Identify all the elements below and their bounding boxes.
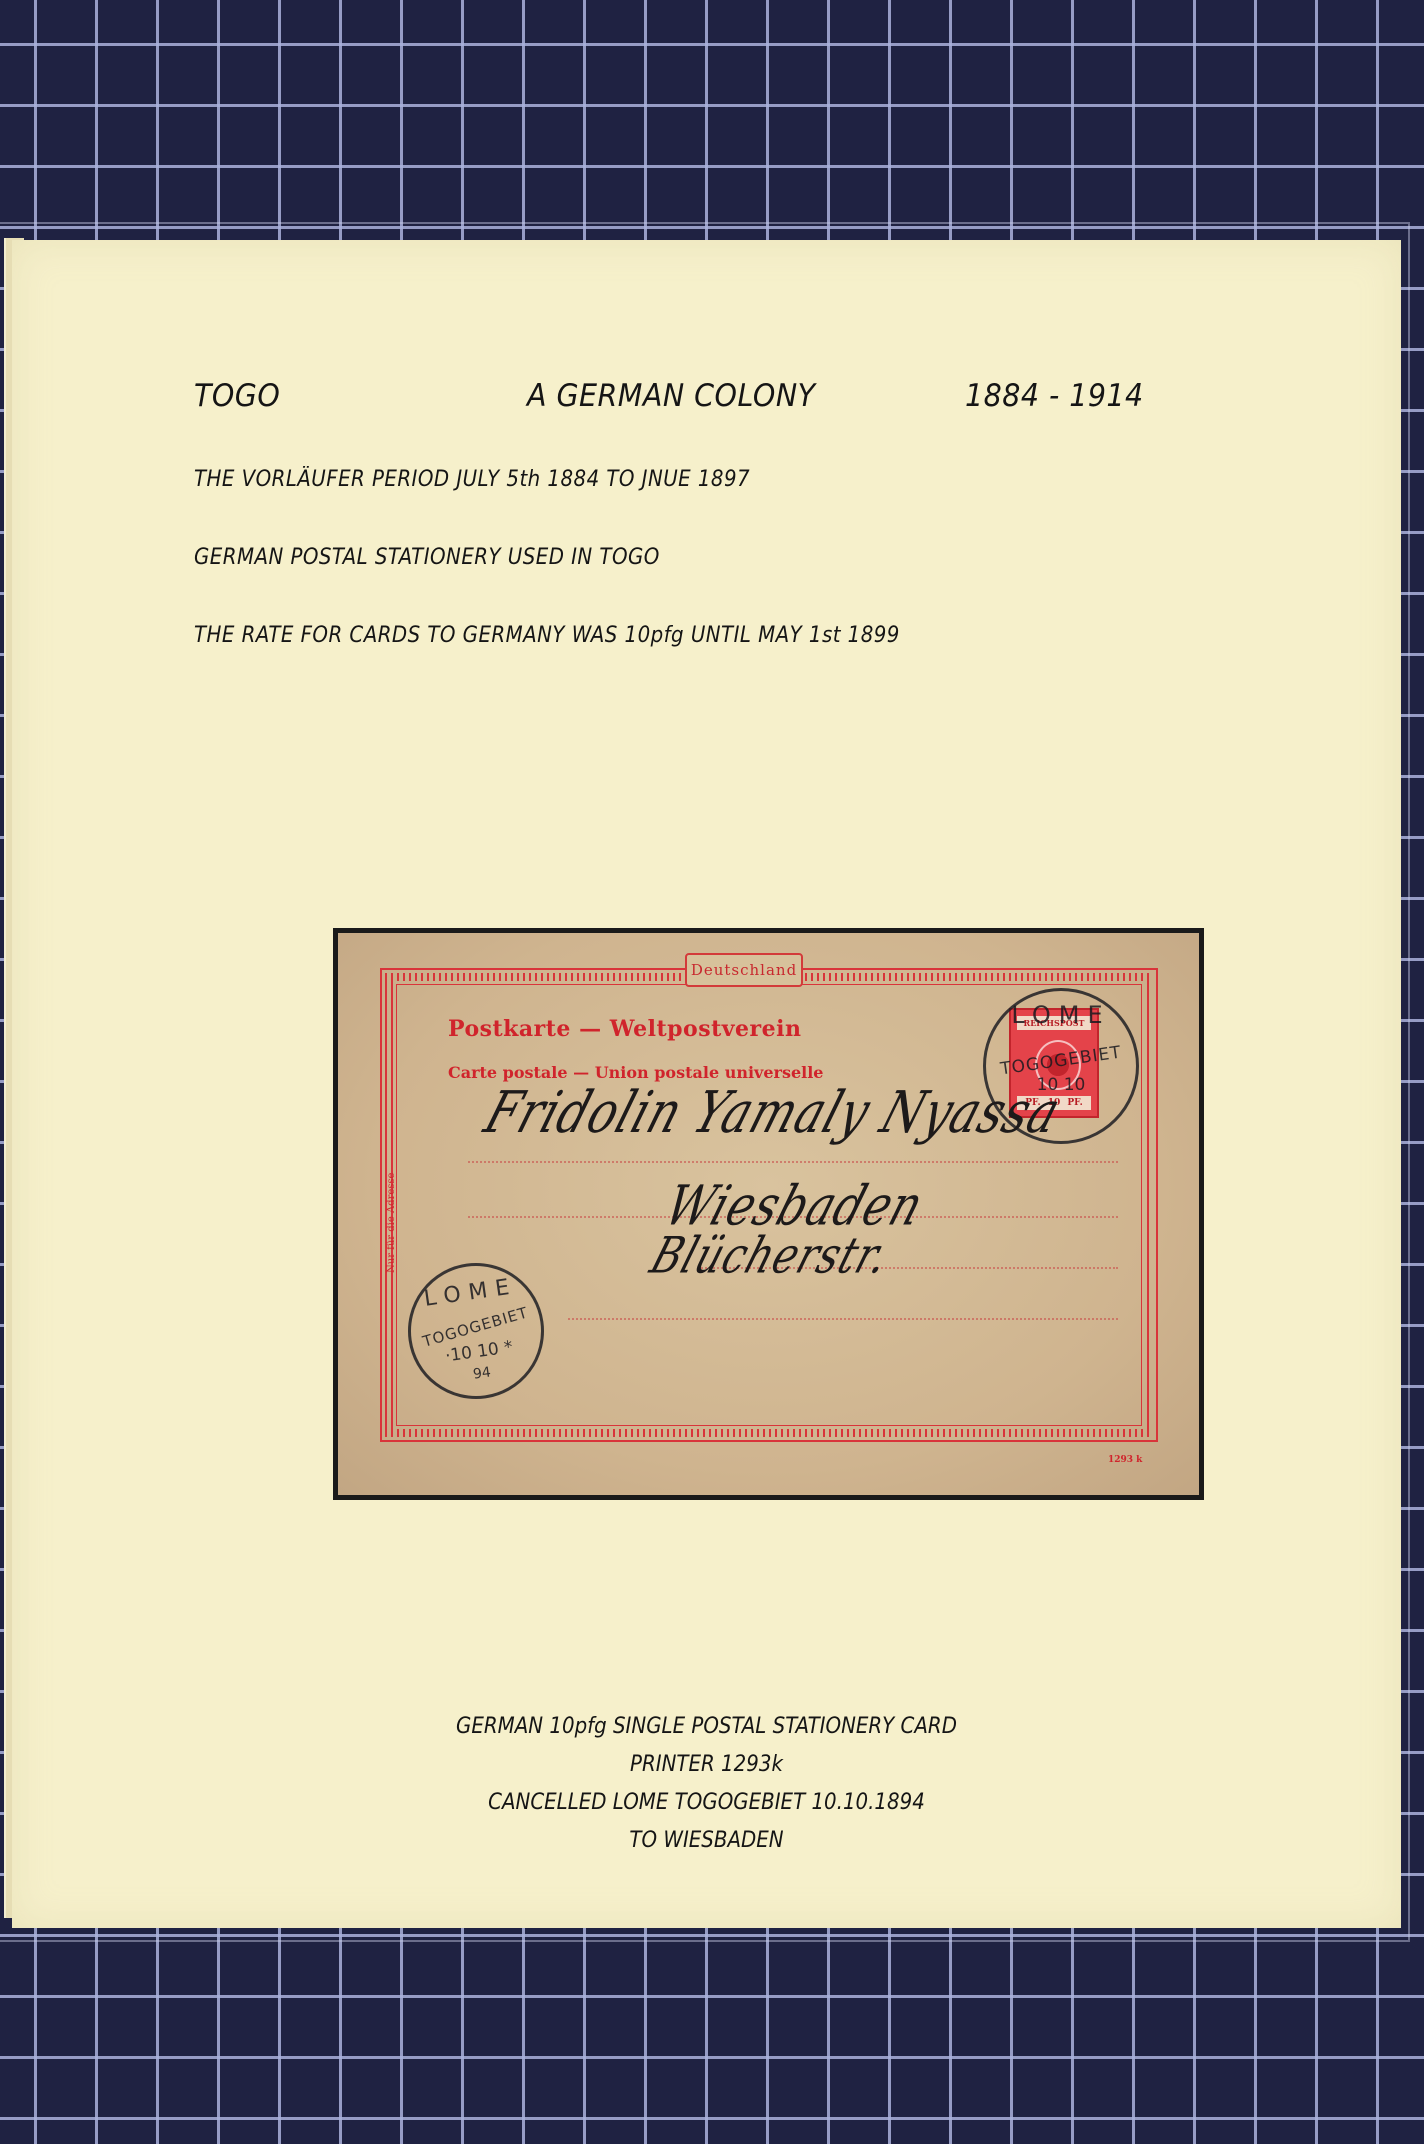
address-only-note: Nur für die Adresse (386, 1173, 397, 1273)
postmark-city: LOME (986, 1001, 1136, 1029)
printer-number: 1293 k (1108, 1455, 1142, 1465)
caption-line: CANCELLED LOME TOGOGEBIET 10.10.1894 (81, 1784, 1331, 1822)
postcard-mount: Deutschland Postkarte — Weltpostverein C… (333, 928, 1204, 1500)
address-recipient: Fridolin Yamaly Nyassa (477, 1078, 1069, 1146)
address-line-rule (468, 1161, 1118, 1163)
album-page: TOGO A GERMAN COLONY 1884 - 1914 THE VOR… (12, 240, 1401, 1928)
postcard-title-german: Postkarte — Weltpostverein (448, 1016, 802, 1042)
deutschland-cartouche: Deutschland (685, 953, 803, 987)
intro-line: THE RATE FOR CARDS TO GERMANY WAS 10pfg … (194, 623, 900, 648)
caption-line: PRINTER 1293k (81, 1746, 1331, 1784)
address-street: Blücherstr. (644, 1227, 897, 1285)
intro-line: GERMAN POSTAL STATIONERY USED IN TOGO (194, 545, 660, 570)
caption-line: TO WIESBADEN (81, 1822, 1331, 1860)
page-title-years: 1884 - 1914 (965, 378, 1144, 414)
page-title-subtitle: A GERMAN COLONY (527, 378, 816, 414)
postcard[interactable]: Deutschland Postkarte — Weltpostverein C… (338, 933, 1199, 1495)
address-line-rule (568, 1318, 1118, 1320)
page-title-country: TOGO (194, 378, 280, 414)
exhibit-caption: GERMAN 10pfg SINGLE POSTAL STATIONERY CA… (12, 1708, 1401, 1860)
caption-line: GERMAN 10pfg SINGLE POSTAL STATIONERY CA… (81, 1708, 1331, 1746)
intro-line: THE VORLÄUFER PERIOD JULY 5th 1884 TO JN… (194, 467, 750, 492)
